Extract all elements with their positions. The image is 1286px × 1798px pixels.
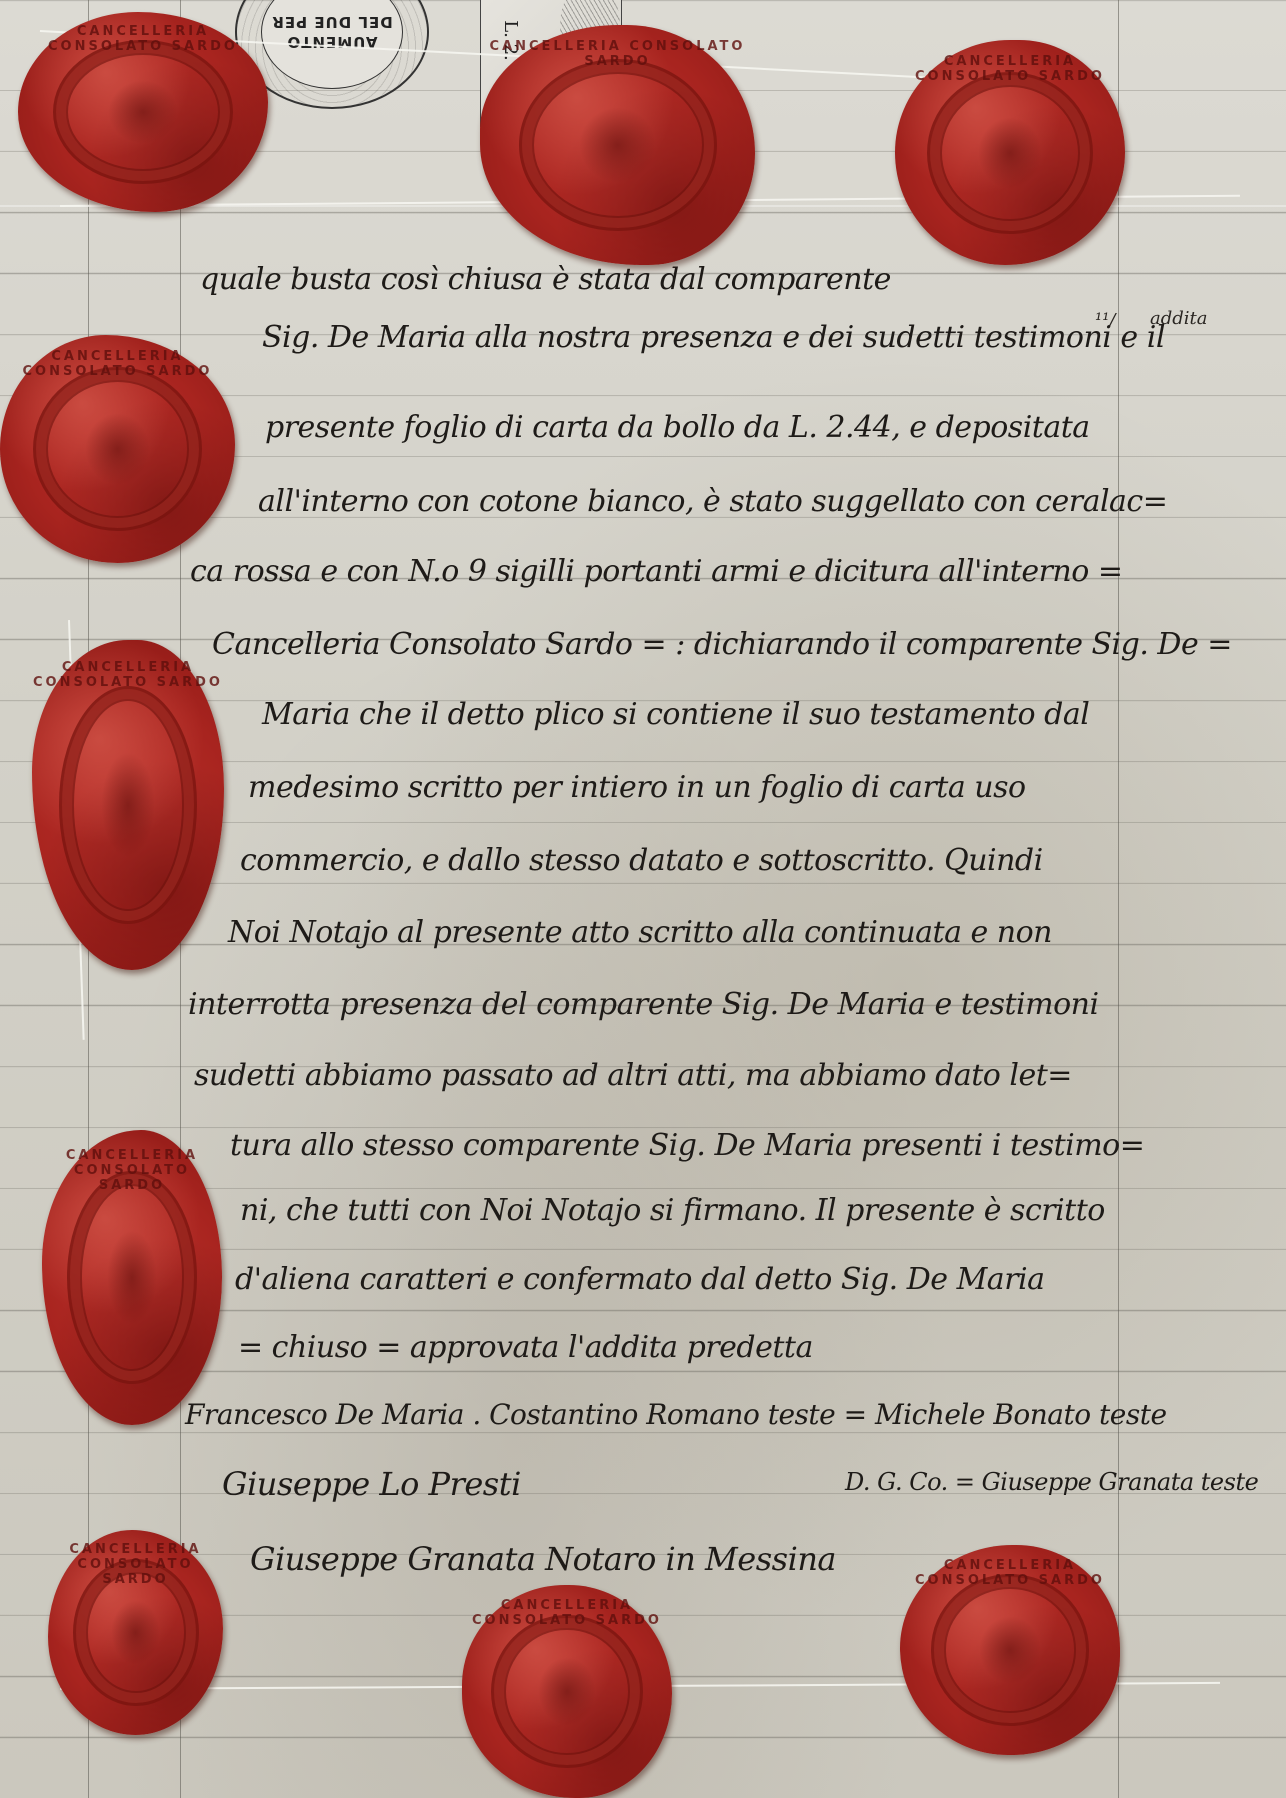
body-line-3: presente foglio di carta da bollo da L. … — [265, 410, 1090, 445]
body-line-11: interrotta presenza del comparente Sig. … — [188, 987, 1099, 1022]
signature-line-1: Francesco De Maria . Costantino Romano t… — [185, 1398, 1167, 1431]
stamp-text-line-2: DEL DUE PER — [271, 12, 392, 32]
body-line-13: tura allo stesso comparente Sig. De Mari… — [230, 1128, 1144, 1163]
body-line-9: commercio, e dallo stesso datato e sotto… — [240, 843, 1043, 878]
body-line-10: Noi Notajo al presente atto scritto alla… — [228, 915, 1052, 950]
body-line-1: quale busta così chiusa è stata dal comp… — [200, 262, 891, 297]
document-sheet: AUMENTO DEL DUE PER L. 2. ¹¹/ addita qua… — [0, 0, 1286, 1798]
body-line-6: Cancelleria Consolato Sardo = : dichiara… — [212, 627, 1232, 662]
wax-seal-4: CANCELLERIA CONSOLATO SARDO — [0, 335, 235, 563]
signature-notary: Giuseppe Granata Notaro in Messina — [250, 1540, 836, 1578]
right-margin-line — [1118, 0, 1119, 1798]
body-line-2: Sig. De Maria alla nostra presenza e dei… — [262, 320, 1165, 355]
body-line-5: ca rossa e con N.o 9 sigilli portanti ar… — [190, 554, 1122, 589]
wax-seal-7: CANCELLERIA CONSOLATO SARDO — [48, 1530, 223, 1735]
wax-seal-8: CANCELLERIA CONSOLATO SARDO — [462, 1585, 672, 1798]
wax-seal-3: CANCELLERIA CONSOLATO SARDO — [895, 40, 1125, 265]
body-line-16: = chiuso = approvata l'addita predetta — [238, 1330, 813, 1365]
body-line-8: medesimo scritto per intiero in un fogli… — [248, 770, 1026, 805]
body-line-15: d'aliena caratteri e confermato dal dett… — [235, 1262, 1045, 1297]
signature-giuseppe-lo-presti: Giuseppe Lo Presti — [222, 1465, 521, 1503]
wax-seal-9: CANCELLERIA CONSOLATO SARDO — [900, 1545, 1120, 1755]
body-line-12: sudetti abbiamo passato ad altri atti, m… — [194, 1058, 1072, 1093]
signature-granata-teste: D. G. Co. = Giuseppe Granata teste — [845, 1468, 1258, 1496]
stamp-text-line-1: AUMENTO — [286, 32, 377, 52]
body-line-14: ni, che tutti con Noi Notajo si firmano.… — [240, 1193, 1105, 1228]
body-line-4: all'interno con cotone bianco, è stato s… — [258, 484, 1167, 519]
body-line-7: Maria che il detto plico si contiene il … — [262, 697, 1089, 732]
